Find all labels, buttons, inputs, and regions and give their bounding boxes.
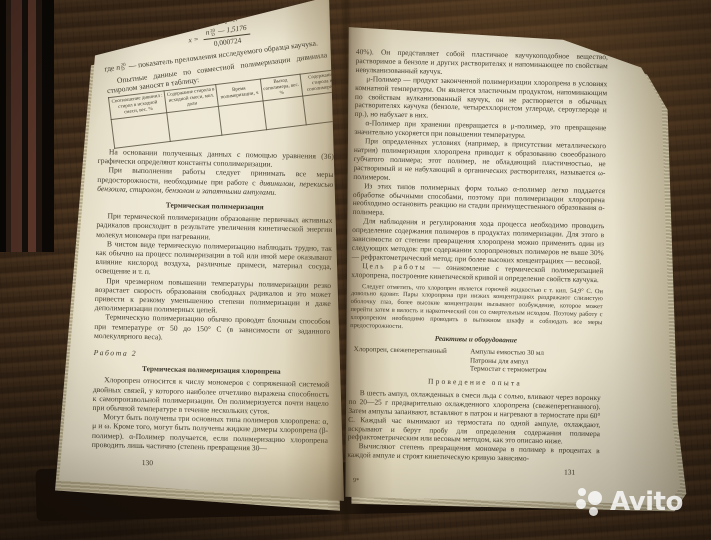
paragraph: При чрезмерном повышении температуры пол… — [95, 276, 332, 318]
left-page: по формуле: х = n20D — 1,5176 0,000724 г… — [50, 0, 350, 506]
equipment-list: Ампулы емкостью 30 мл Патроны для ампул … — [470, 348, 602, 377]
paragraph: При определенных условиях (например, в п… — [353, 137, 606, 187]
right-page-number: 131 — [564, 469, 575, 478]
avito-watermark: Avito — [575, 487, 683, 517]
paragraph: В чистом виде термическую полимеризацию … — [95, 239, 332, 281]
book-photo-scene: по формуле: х = n20D — 1,5176 0,000724 г… — [0, 0, 711, 540]
paragraph: Для наблюдения и регулирования хода проц… — [352, 217, 605, 267]
paragraph: Могут быть получены три основных типа по… — [92, 413, 329, 455]
right-page-footer: 131 9* — [347, 464, 599, 493]
stacked-books-edge — [0, 0, 54, 252]
safety-note: Следует отметить, что хлоропрен является… — [350, 283, 603, 335]
formula-fraction: n20D — 1,5176 0,000724 — [202, 24, 251, 49]
avito-logo-icon — [575, 487, 605, 517]
right-page-text-block: 40%). Он представляет собой пластичное к… — [347, 48, 608, 493]
left-page-top-block: по формуле: х = n20D — 1,5176 0,000724 г… — [100, 2, 349, 149]
reagents-list: Хлоропрен, свежеперегнанный Ампулы емкос… — [349, 345, 601, 376]
formula-lhs: х — [188, 35, 192, 44]
paragraph: Хлоропрен относится к числу мономеров с … — [92, 376, 329, 418]
safety-paragraph: При выполнении работы следует принимать … — [97, 166, 334, 199]
work-label: Работа 2 — [94, 348, 330, 362]
paragraph: Вычисляют степень превращения мономера в… — [347, 442, 599, 465]
paragraph: μ-Полимер — продукт законченной полимери… — [355, 75, 608, 125]
watermark-text: Avito — [610, 487, 683, 517]
reagent-item: Хлоропрен, свежеперегнанный — [349, 345, 470, 373]
table-header-cell: Содержание стирола в сополимере, % — [300, 69, 345, 96]
goal-paragraph: Цель работы — ознакомление с термической… — [351, 262, 603, 285]
equipment-item: Термостат с термометром — [470, 365, 602, 376]
left-page-body: На основании полученных данных с помощью… — [91, 147, 334, 471]
right-page: 40%). Он представляет собой пластичное к… — [342, 12, 682, 517]
paragraph: В шесть ампул, охлажденных в смеси льда … — [348, 389, 601, 448]
signature-mark: 9* — [353, 477, 359, 486]
left-page-text-block: по формуле: х = n20D — 1,5176 0,000724 г… — [98, 2, 334, 467]
left-page-number: 130 — [99, 458, 195, 469]
formula-equals: = — [193, 35, 199, 45]
paragraph: Термическую полимеризацию обычно проводя… — [94, 313, 331, 346]
